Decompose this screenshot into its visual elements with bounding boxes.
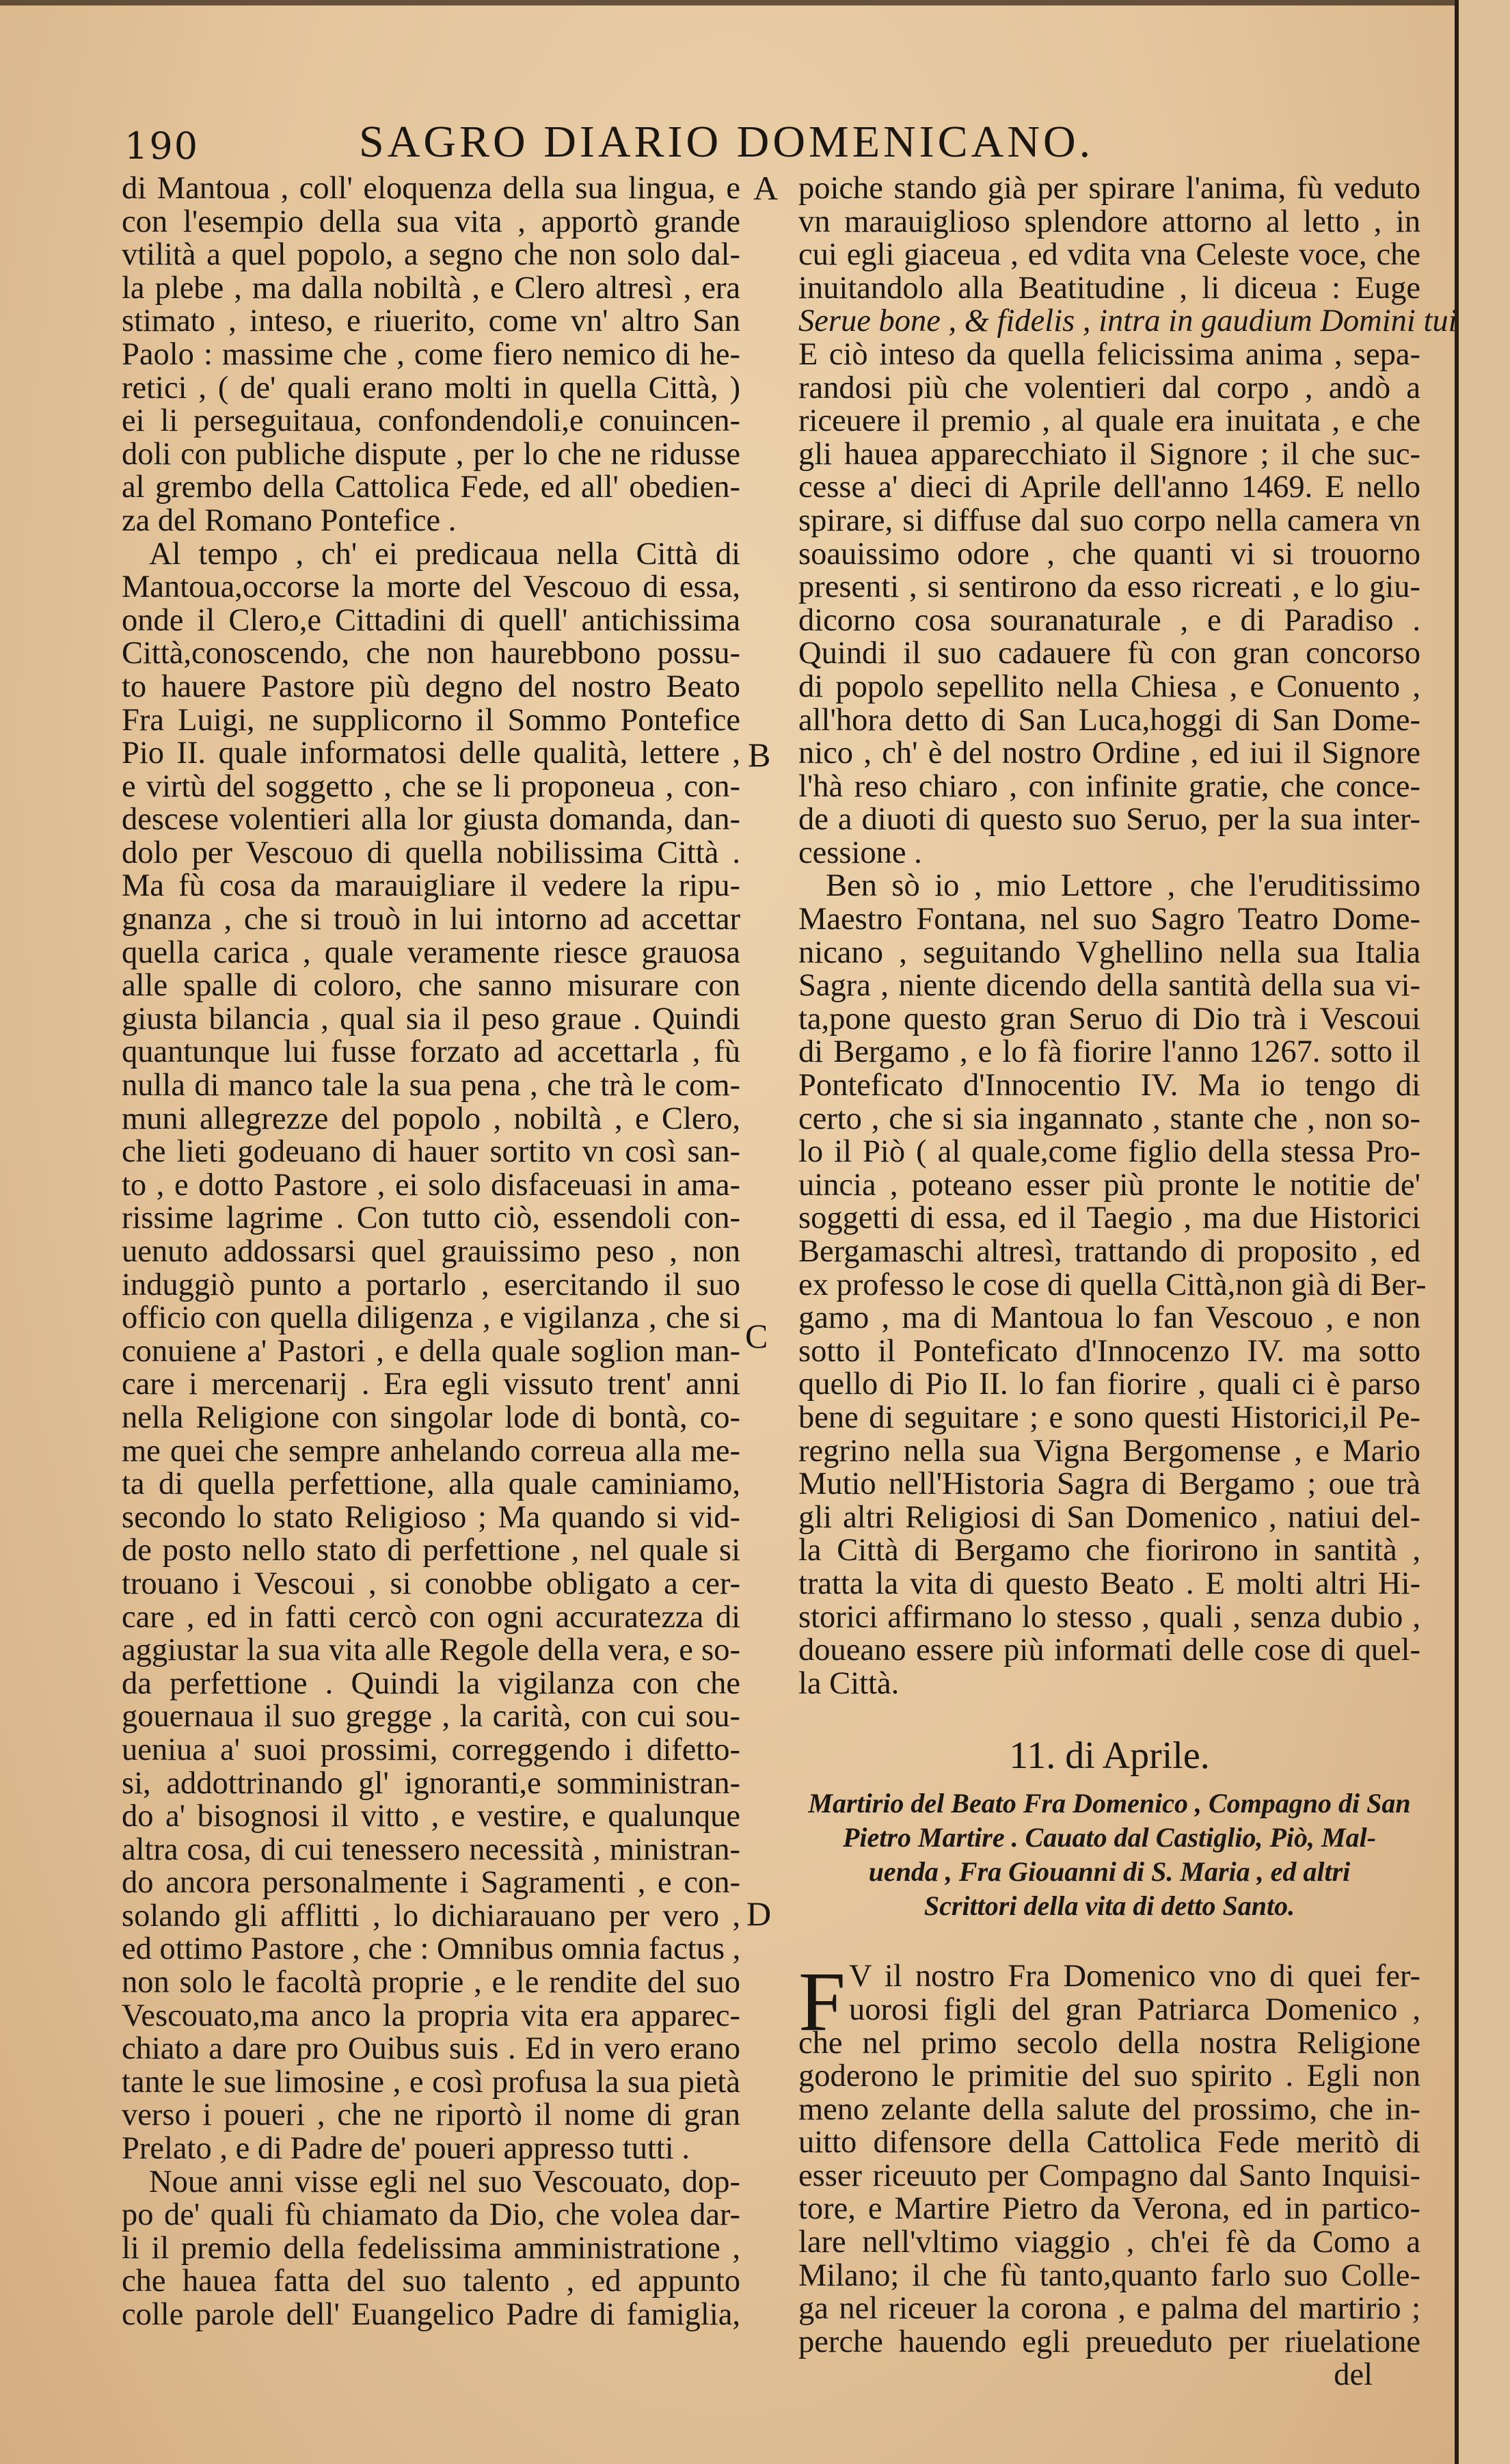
text-line: verso i poueri , che ne riportò il nome … bbox=[122, 2099, 740, 2132]
text-line: rissime lagrime . Con tutto ciò, essendo… bbox=[122, 1202, 740, 1235]
text-line: regrino nella sua Vigna Bergomense , e M… bbox=[798, 1435, 1420, 1469]
text-line: nulla di manco tale la sua pena , che tr… bbox=[122, 1069, 740, 1103]
text-line: Milano; il che fù tanto,quanto farlo suo… bbox=[798, 2260, 1420, 2293]
text-line: Ma fù cosa da marauigliare il vedere la … bbox=[122, 870, 740, 903]
text-line: descese volentieri alla lor giusta doman… bbox=[122, 803, 740, 837]
text-line: solando gli afflitti , lo dichiarauano p… bbox=[122, 1900, 740, 1933]
date-heading: 11. di Aprile. bbox=[798, 1732, 1420, 1780]
text-line: bene di seguitare ; e sono questi Histor… bbox=[798, 1402, 1420, 1435]
text-line: Vescouato,ma anco la propria vita era ap… bbox=[122, 2000, 740, 2033]
text-line: V il nostro Fra Domenico vno di quei fer… bbox=[798, 1960, 1420, 1994]
subtitle-line: Scrittori della vita di detto Santo. bbox=[798, 1889, 1420, 1923]
text-line: vtilità a quel popolo, a segno che non s… bbox=[122, 239, 740, 272]
text-line: quantunque lui fusse forzato ad accettar… bbox=[122, 1036, 740, 1069]
text-line: alle spalle di coloro, che sanno misurar… bbox=[122, 969, 740, 1003]
running-title: SAGRO DIARIO DOMENICANO. bbox=[359, 116, 1094, 168]
right-column: poiche stando già per spirare l'anima, f… bbox=[798, 172, 1420, 2392]
text-line: Maestro Fontana, nel suo Sagro Teatro Do… bbox=[798, 903, 1420, 937]
text-line: po de' quali fù chiamato da Dio, che vol… bbox=[122, 2199, 740, 2232]
text-line: ed ottimo Pastore , che : Omnibus omnia … bbox=[122, 1933, 740, 1966]
text-line: aggiustar la sua vita alle Regole della … bbox=[122, 1634, 740, 1668]
page-top-edge bbox=[0, 0, 1456, 5]
text-line: Sagra , niente dicendo della santità del… bbox=[798, 969, 1420, 1003]
text-line: gouernaua il suo gregge , la carità, con… bbox=[122, 1700, 740, 1734]
text-line: Mantoua,occorse la morte del Vescouo di … bbox=[122, 571, 740, 604]
text-line: retici , ( de' quali erano molti in quel… bbox=[122, 372, 740, 405]
text-line: cui egli giaceua , ed vdita vna Celeste … bbox=[798, 239, 1420, 272]
text-line: Fra Luigi, ne supplicorno il Sommo Ponte… bbox=[122, 704, 740, 738]
text-line: quella carica , quale veramente riesce g… bbox=[122, 937, 740, 970]
text-line: dolo per Vescouo di quella nobilissima C… bbox=[122, 837, 740, 870]
text-line: li il premio della fedelissima amministr… bbox=[122, 2232, 740, 2266]
text-line: la Città di Bergamo che fiorirono in san… bbox=[798, 1534, 1420, 1568]
text-line: vn marauiglioso splendore attorno al let… bbox=[798, 206, 1420, 239]
text-line: inuitandolo alla Beatitudine , li diceua… bbox=[798, 272, 1420, 306]
text-line: spirare, si diffuse dal suo corpo nella … bbox=[798, 505, 1420, 538]
text-line: la plebe , ma dalla nobiltà , e Clero al… bbox=[122, 272, 740, 306]
text-line: tratta la vita di questo Beato . E molti… bbox=[798, 1568, 1420, 1601]
margin-letter-a: A bbox=[753, 168, 778, 208]
text-line: trouano i Vescoui , si conobbe obligato … bbox=[122, 1568, 740, 1601]
text-line: uenuto addossarsi quel grauissimo peso ,… bbox=[122, 1235, 740, 1269]
text-line: Città,conoscendo, che non haurebbono pos… bbox=[122, 637, 740, 671]
text-line: che nel primo secolo della nostra Religi… bbox=[798, 2027, 1420, 2061]
text-line: gli hauea apparecchiato il Signore ; il … bbox=[798, 438, 1420, 472]
margin-letter-c: C bbox=[745, 1316, 768, 1356]
text-line: cesse a' dieci di Aprile dell'anno 1469.… bbox=[798, 471, 1420, 505]
text-line: gnanza , che si trouò in lui intorno ad … bbox=[122, 903, 740, 937]
text-line: non solo le facoltà proprie , e le rendi… bbox=[122, 1966, 740, 2000]
text-line: officio con quella diligenza , e vigilan… bbox=[122, 1302, 740, 1335]
text-line: Al tempo , ch' ei predicaua nella Città … bbox=[122, 538, 740, 572]
text-line: tore, e Martire Pietro da Verona, ed in … bbox=[798, 2193, 1420, 2226]
text-line: nico , ch' è del nostro Ordine , ed iui … bbox=[798, 737, 1420, 771]
text-line: de posto nello stato di perfettione , ne… bbox=[122, 1534, 740, 1568]
text-line: care , ed in fatti cercò con ogni accura… bbox=[122, 1601, 740, 1635]
text-line: che lieti godeuano di hauer sortito vn c… bbox=[122, 1136, 740, 1169]
text-line: me quei che sempre anhelando correua all… bbox=[122, 1435, 740, 1469]
text-line: care i mercenarij . Era egli vissuto tre… bbox=[122, 1368, 740, 1402]
text-line: sotto il Ponteficato d'Innocenzo IV. ma … bbox=[798, 1335, 1420, 1369]
text-line: stimato , inteso, e riuerito, come vn' a… bbox=[122, 305, 740, 338]
text-line: nicano , seguitando Vghellino nella sua … bbox=[798, 937, 1420, 970]
text-line: E ciò inteso da quella felicissima anima… bbox=[798, 338, 1420, 372]
text-line: poiche stando già per spirare l'anima, f… bbox=[798, 172, 1420, 206]
subtitle-line: Martirio del Beato Fra Domenico , Compag… bbox=[798, 1786, 1420, 1821]
subtitle-line: Pietro Martire . Cauato dal Castiglio, P… bbox=[798, 1821, 1420, 1855]
text-line: randosi più che volentieri dal corpo , a… bbox=[798, 372, 1420, 405]
text-line: di Mantoua , coll' eloquenza della sua l… bbox=[122, 172, 740, 206]
text-line: chiato a dare pro Ouibus suis . Ed in ve… bbox=[122, 2033, 740, 2066]
text-line: ex professo le cose di quella Città,non … bbox=[798, 1269, 1420, 1302]
subtitle-line: uenda , Fra Giouanni di S. Maria , ed al… bbox=[798, 1855, 1420, 1889]
text-line: perche hauendo egli preueduto per riuela… bbox=[798, 2326, 1420, 2359]
text-line: Noue anni visse egli nel suo Vescouato, … bbox=[122, 2166, 740, 2199]
text-line: uincia , poteano esser più pronte le not… bbox=[798, 1169, 1420, 1203]
text-line: dicorno cosa souranaturale , e di Paradi… bbox=[798, 604, 1420, 638]
text-line: da perfettione . Quindi la vigilanza con… bbox=[122, 1668, 740, 1701]
text-line: do a' bisognosi il vitto , e vestire, e … bbox=[122, 1800, 740, 1834]
text-line: lo il Piò ( al quale,come figlio della s… bbox=[798, 1136, 1420, 1169]
text-line: si, addottrinando gl' ignoranti,e sommin… bbox=[122, 1767, 740, 1801]
text-line: certo , che si sia ingannato , stante ch… bbox=[798, 1103, 1420, 1136]
date-heading-text: 11. di Aprile. bbox=[798, 1732, 1420, 1765]
text-line: soggetti di essa, ed il Taegio , ma due … bbox=[798, 1202, 1420, 1235]
text-line: altra cosa, di cui tenessero necessità ,… bbox=[122, 1834, 740, 1867]
text-line: all'hora detto di San Luca,hoggi di San … bbox=[798, 704, 1420, 738]
text-line: nella Religione con singolar lode di bon… bbox=[122, 1402, 740, 1435]
text-line: to hauere Pastore più degno del nostro B… bbox=[122, 671, 740, 704]
text-line: goderono le primitie del suo spirito . E… bbox=[798, 2060, 1420, 2093]
text-line: tante le sue limosine , e così profusa l… bbox=[122, 2066, 740, 2100]
text-line: l'hà reso chiaro , con infinite gratie, … bbox=[798, 771, 1420, 804]
left-column: di Mantoua , coll' eloquenza della sua l… bbox=[122, 172, 740, 2332]
text-line: colle parole dell' Euangelico Padre di f… bbox=[122, 2299, 740, 2332]
text-line: ta,pone questo gran Seruo di Dio trà i V… bbox=[798, 1003, 1420, 1036]
page-number: 190 bbox=[124, 124, 199, 168]
text-line: soauissimo odore , che quanti vi si trou… bbox=[798, 538, 1420, 572]
text-line: Quindi il suo cadauere fù con gran conco… bbox=[798, 637, 1420, 671]
text-line: ei li perseguitaua, confondendoli,e conu… bbox=[122, 405, 740, 438]
text-line: gamo , ma di Mantoua lo fan Vescouo , e … bbox=[798, 1302, 1420, 1335]
text-line: de a diuoti di questo suo Seruo, per la … bbox=[798, 803, 1420, 837]
text-line: onde il Clero,e Cittadini di quell' anti… bbox=[122, 604, 740, 638]
text-line: ga nel riceuer la corona , e palma del m… bbox=[798, 2292, 1420, 2326]
text-line: cessione . bbox=[798, 837, 1420, 870]
latin-quote-line: Serue bone , & fidelis , intra in gaudiu… bbox=[798, 305, 1420, 338]
text-line: giusta bilancia , qual sia il peso graue… bbox=[122, 1003, 740, 1036]
book-page: 190 SAGRO DIARIO DOMENICANO. A B C D di … bbox=[0, 0, 1456, 2464]
text-line: storici affirmano lo stesso , quali , se… bbox=[798, 1601, 1420, 1635]
drop-cap: F bbox=[798, 1964, 846, 2039]
text-line: induggiò punto a portarlo , esercitando … bbox=[122, 1269, 740, 1302]
text-line: lare nell'vltimo viaggio , ch'ei fè da C… bbox=[798, 2226, 1420, 2260]
margin-letter-d: D bbox=[746, 1894, 771, 1933]
text-line: secondo lo stato Religioso ; Ma quando s… bbox=[122, 1501, 740, 1535]
text-line: Paolo : massime che , come fiero nemico … bbox=[122, 338, 740, 372]
chapter-body: F V il nostro Fra Domenico vno di quei f… bbox=[798, 1960, 1420, 2392]
text-line: Prelato , e di Padre de' poueri appresso… bbox=[122, 2132, 740, 2166]
text-line: doueano essere più informati delle cose … bbox=[798, 1634, 1420, 1668]
text-line: con l'esempio della sua vita , apportò g… bbox=[122, 206, 740, 239]
text-line: gli altri Religiosi di San Domenico , na… bbox=[798, 1501, 1420, 1535]
text-line: di popolo sepellito nella Chiesa , e Con… bbox=[798, 671, 1420, 704]
text-line: conuiene a' Pastori , e della quale sogl… bbox=[122, 1335, 740, 1369]
text-line: Mutio nell'Historia Sagra di Bergamo ; o… bbox=[798, 1468, 1420, 1501]
text-line: la Città. bbox=[798, 1668, 1420, 1701]
adjacent-page-edge bbox=[1459, 0, 1510, 2464]
text-line: doli con publiche dispute , per lo che n… bbox=[122, 438, 740, 472]
catchword: del bbox=[798, 2359, 1420, 2392]
text-line: al grembo della Cattolica Fede, ed all' … bbox=[122, 471, 740, 505]
text-line: Pio II. quale informatosi delle qualità,… bbox=[122, 737, 740, 771]
text-line: e virtù del soggetto , che se li propone… bbox=[122, 771, 740, 804]
text-line: Bergamaschi altresì, trattando di propos… bbox=[798, 1235, 1420, 1269]
text-line: meno zelante della salute del prossimo, … bbox=[798, 2093, 1420, 2127]
text-line: to , e dotto Pastore , ei solo disfaceua… bbox=[122, 1169, 740, 1203]
text-line: do ancora personalmente i Sagramenti , e… bbox=[122, 1866, 740, 1900]
text-line: uorosi figli del gran Patriarca Domenico… bbox=[798, 1994, 1420, 2027]
running-head: 190 SAGRO DIARIO DOMENICANO. bbox=[0, 116, 1456, 171]
chapter-subtitle: Martirio del Beato Fra Domenico , Compag… bbox=[798, 1786, 1420, 1923]
text-line: Ponteficato d'Innocentio IV. Ma io tengo… bbox=[798, 1069, 1420, 1103]
text-line: za del Romano Pontefice . bbox=[122, 505, 740, 538]
margin-letter-b: B bbox=[748, 735, 770, 775]
text-line: che hauea fatta del suo talento , ed app… bbox=[122, 2265, 740, 2299]
text-line: ta di quella perfettione, alla quale cam… bbox=[122, 1468, 740, 1501]
text-line: presenti , si sentirono da esso ricreati… bbox=[798, 571, 1420, 604]
text-line: di Bergamo , e lo fà fiorire l'anno 1267… bbox=[798, 1036, 1420, 1069]
text-line: ueniua a' suoi prossimi, correggendo i d… bbox=[122, 1734, 740, 1767]
text-line: muni allegrezze del popolo , nobiltà , e… bbox=[122, 1103, 740, 1136]
text-line: quello di Pio II. lo fan fiorire , quali… bbox=[798, 1368, 1420, 1402]
text-line: Ben sò io , mio Lettore , che l'eruditis… bbox=[798, 870, 1420, 903]
text-line: uitto difensore della Cattolica Fede mer… bbox=[798, 2126, 1420, 2160]
text-line: riceuere il premio , al quale era inuita… bbox=[798, 405, 1420, 438]
text-line: esser riceuuto per Compagno dal Santo In… bbox=[798, 2160, 1420, 2193]
